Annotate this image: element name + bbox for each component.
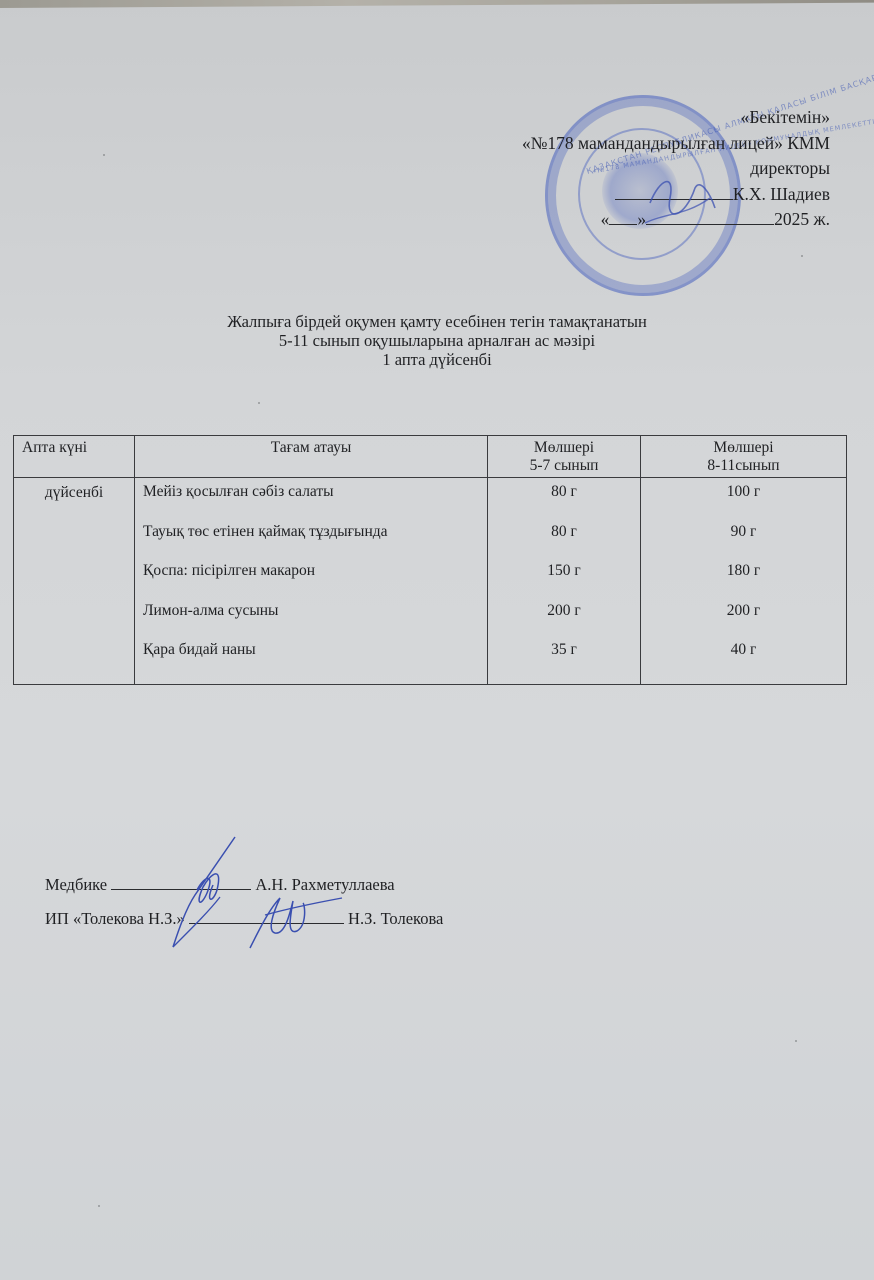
dish-item: Қоспа: пісірілген макарон (135, 561, 487, 601)
qty-item: 40 г (641, 640, 846, 680)
approval-heading: «Бекітемін» (522, 105, 830, 131)
qty-8-11-cell: 100 г 90 г 180 г 200 г 40 г (641, 478, 847, 685)
header-day: Апта күні (14, 436, 135, 478)
ip-role: ИП «Толекова Н.З.» (45, 909, 185, 928)
qty-item: 90 г (641, 522, 846, 562)
approval-year: 2025 ж. (774, 209, 830, 229)
dish-item: Қара бидай наны (135, 640, 487, 680)
qty-item: 80 г (488, 522, 640, 562)
title-line-1: Жалпыға бірдей оқумен қамту есебінен тег… (0, 312, 874, 331)
date-quote-open: « (601, 209, 610, 229)
paper-speck (801, 255, 803, 257)
paper-speck (98, 1205, 100, 1207)
header-qty-8-11-grade: 8-11сынып (647, 457, 840, 475)
table-row: дүйсенбі Мейіз қосылған сәбіз салаты Тау… (14, 478, 847, 685)
qty-item: 35 г (488, 640, 640, 680)
paper-speck (258, 402, 260, 404)
desk-edge-background (0, 0, 874, 8)
qty-item: 100 г (641, 482, 846, 522)
ip-name: Н.З. Толекова (348, 909, 443, 928)
header-qty-5-7-grade: 5-7 сынып (494, 457, 634, 475)
title-line-2: 5-11 сынып оқушыларына арналған ас мәзір… (0, 331, 874, 350)
date-day-blank (609, 208, 637, 225)
table-header-row: Апта күні Тағам атауы Мөлшері 5-7 сынып … (14, 436, 847, 478)
dish-list: Мейіз қосылған сәбіз салаты Тауық төс ет… (135, 478, 487, 684)
nurse-role: Медбике (45, 875, 107, 894)
nurse-handwritten-signature (165, 835, 245, 950)
ip-handwritten-signature (245, 893, 345, 953)
day-cell: дүйсенбі (14, 478, 135, 685)
dish-item: Тауық төс етінен қаймақ тұздығында (135, 522, 487, 562)
nurse-name: А.Н. Рахметуллаева (255, 875, 394, 894)
qty-8-11-list: 100 г 90 г 180 г 200 г 40 г (641, 478, 846, 684)
paper-speck (103, 154, 105, 156)
qty-item: 200 г (641, 601, 846, 641)
header-qty-5-7: Мөлшері 5-7 сынып (488, 436, 641, 478)
qty-5-7-list: 80 г 80 г 150 г 200 г 35 г (488, 478, 640, 684)
qty-5-7-cell: 80 г 80 г 150 г 200 г 35 г (488, 478, 641, 685)
qty-item: 200 г (488, 601, 640, 641)
header-dish: Тағам атауы (135, 436, 488, 478)
approval-organization: «№178 мамандандырылған лицей» КММ (522, 131, 830, 157)
paper-speck (795, 1040, 797, 1042)
director-signature (640, 168, 720, 228)
header-qty-8-11: Мөлшері 8-11сынып (641, 436, 847, 478)
dish-item: Лимон-алма сусыны (135, 601, 487, 641)
header-qty-5-7-label: Мөлшері (494, 439, 634, 457)
dish-cell: Мейіз қосылған сәбіз салаты Тауық төс ет… (135, 478, 488, 685)
dish-item: Мейіз қосылған сәбіз салаты (135, 482, 487, 522)
approval-director-name: К.Х. Шадиев (733, 184, 830, 204)
qty-item: 150 г (488, 561, 640, 601)
menu-table: Апта күні Тағам атауы Мөлшері 5-7 сынып … (13, 435, 847, 685)
qty-item: 80 г (488, 482, 640, 522)
qty-item: 180 г (641, 561, 846, 601)
document-title: Жалпыға бірдей оқумен қамту есебінен тег… (0, 312, 874, 369)
title-line-3: 1 апта дүйсенбі (0, 350, 874, 369)
header-qty-8-11-label: Мөлшері (647, 439, 840, 457)
